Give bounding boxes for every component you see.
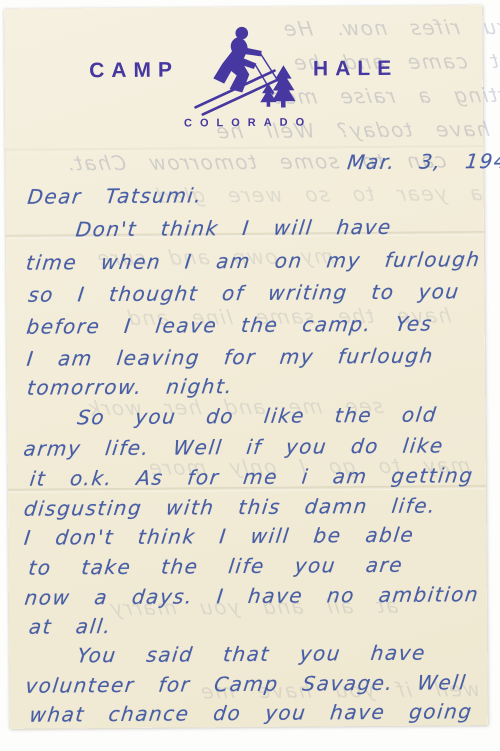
letter-line: army life. Well if you do like xyxy=(22,433,445,460)
letterhead-hale-text: HALE xyxy=(313,57,398,82)
letter-line: what chance do you have going xyxy=(28,699,474,727)
letter-line: Don't think I will have xyxy=(75,215,394,242)
letterhead-camp-text: CAMP xyxy=(89,59,179,84)
letter-line: I don't think I will be able xyxy=(23,523,416,550)
scanned-letter-page: there Oku rifes now. He didn't came and … xyxy=(0,0,500,751)
letter-line: disgusting with this damn life. xyxy=(23,493,438,520)
letter-date: Mar. 3, 1944. xyxy=(346,149,500,174)
letter-line: volunteer for Camp Savage. Well xyxy=(24,670,468,697)
letter-line: to take the life you are xyxy=(27,553,404,580)
letterhead: CAMP xyxy=(4,23,483,131)
letterhead-colorado-text: COLORADO xyxy=(184,116,312,129)
letter-line: time when I am on my furlough xyxy=(25,247,482,275)
letter-line: now a days. I have no ambition xyxy=(23,582,480,610)
letter-line: tomorrow. night. xyxy=(26,374,235,400)
letter-line: at all. xyxy=(28,614,113,639)
letter-line: So you do like the old xyxy=(76,402,438,429)
letter-line: I am leaving for my furlough xyxy=(26,344,436,371)
skier-logo-icon xyxy=(183,23,310,116)
letter-line: before I leave the camp. Yes xyxy=(25,312,434,339)
letter-salutation: Dear Tatsumi. xyxy=(26,183,204,208)
letter-line: so I thought of writing to you xyxy=(27,279,461,306)
letter-line: it o.k. As for me i am getting xyxy=(28,463,474,491)
letter-paper: there Oku rifes now. He didn't came and … xyxy=(4,5,488,729)
letter-line: You said that you have xyxy=(76,641,427,668)
